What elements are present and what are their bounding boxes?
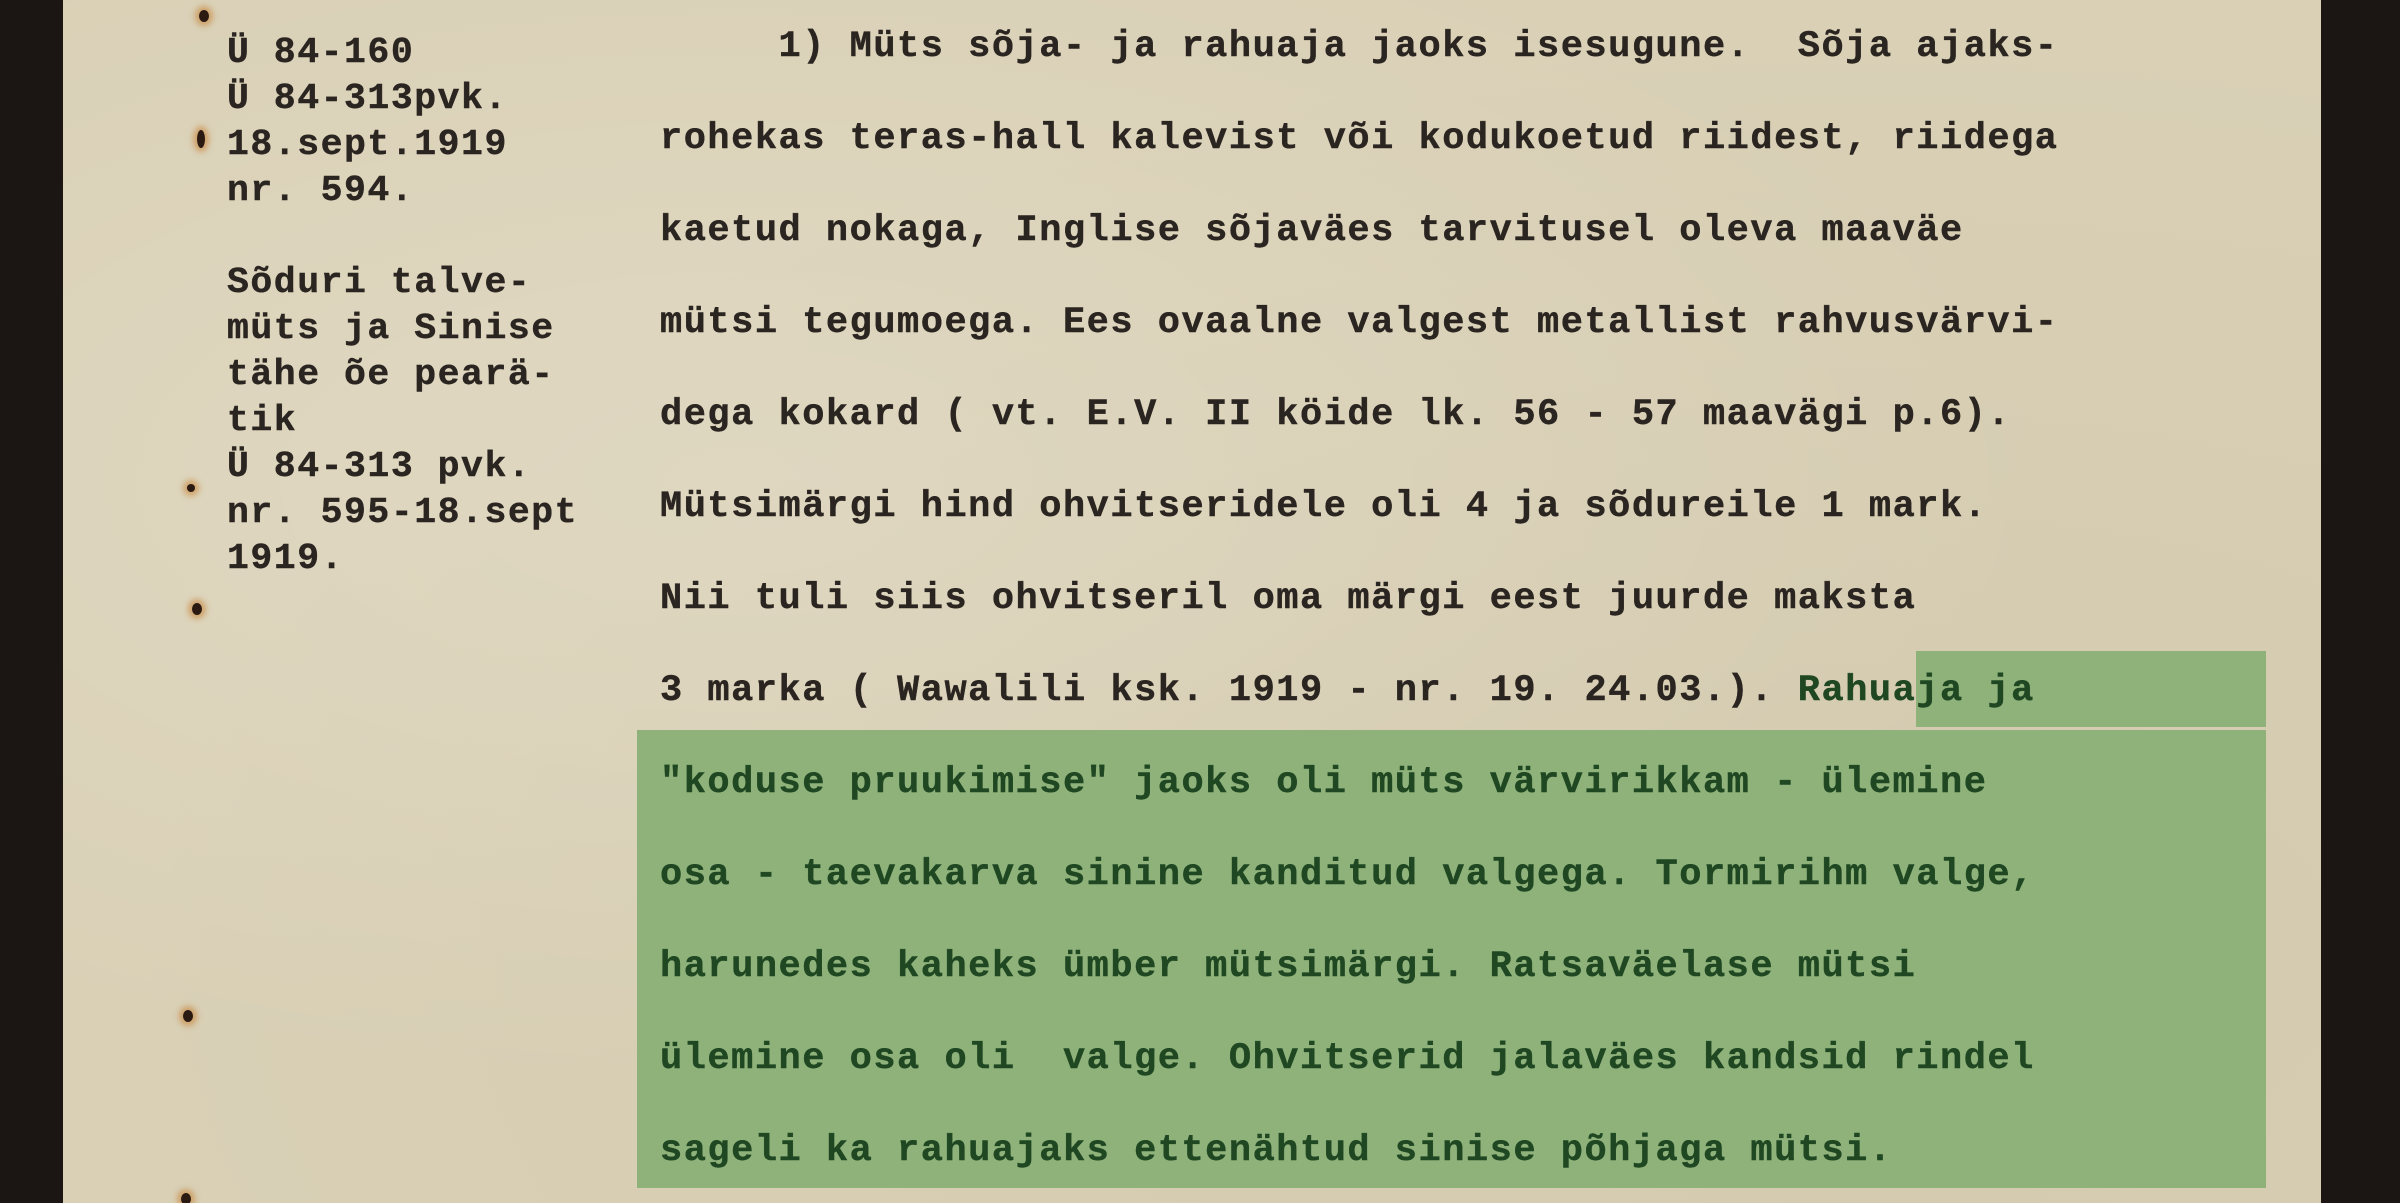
paper-page: Ü 84-160 Ü 84-313pvk. 18.sept.1919 nr. 5… <box>63 0 2321 1203</box>
margin-notes: Ü 84-160 Ü 84-313pvk. 18.sept.1919 nr. 5… <box>227 30 647 582</box>
margin-note-gap <box>227 214 647 260</box>
margin-note-line: 1919. <box>227 536 647 582</box>
body-line: mütsi tegumoega. Ees ovaalne valgest met… <box>660 293 2059 353</box>
rust-hole-icon <box>187 484 195 492</box>
body-line: dega kokard ( vt. E.V. II köide lk. 56 -… <box>660 385 2011 445</box>
body-line: rohekas teras-hall kalevist või kodukoet… <box>660 109 2059 169</box>
rust-hole-icon <box>199 10 209 22</box>
margin-note-line: tik <box>227 398 647 444</box>
body-line: kaetud nokaga, Inglise sõjaväes tarvitus… <box>660 201 1964 261</box>
margin-note-line: nr. 594. <box>227 168 647 214</box>
margin-note-line: 18.sept.1919 <box>227 122 647 168</box>
body-line-highlighted: Rahuaja ja <box>1774 670 2035 712</box>
rust-hole-icon <box>197 130 205 148</box>
rust-hole-icon <box>183 1010 193 1022</box>
body-line: Nii tuli siis ohvitseril oma märgi eest … <box>660 569 1916 629</box>
margin-note-line: Ü 84-313 pvk. <box>227 444 647 490</box>
margin-note-line: Sõduri talve- <box>227 260 647 306</box>
margin-note-line: tähe õe pearä- <box>227 352 647 398</box>
body-line-plain: 3 marka ( Wawalili ksk. 1919 - nr. 19. 2… <box>660 670 1774 712</box>
body-line-highlighted: ülemine osa oli valge. Ohvitserid jalavä… <box>660 1029 2035 1089</box>
body-line-highlighted: osa - taevakarva sinine kanditud valgega… <box>660 845 2035 905</box>
body-line: 3 marka ( Wawalili ksk. 1919 - nr. 19. 2… <box>660 661 2035 721</box>
document-scan: Ü 84-160 Ü 84-313pvk. 18.sept.1919 nr. 5… <box>0 0 2400 1203</box>
body-line-highlighted: harunedes kaheks ümber mütsimärgi. Ratsa… <box>660 937 1916 997</box>
margin-note-line: müts ja Sinise <box>227 306 647 352</box>
body-line: Mütsimärgi hind ohvitseridele oli 4 ja s… <box>660 477 1987 537</box>
margin-note-line: Ü 84-160 <box>227 30 647 76</box>
body-line: 1) Müts sõja- ja rahuaja jaoks isesugune… <box>660 17 2059 77</box>
body-line-highlighted: sageli ka rahuajaks ettenähtud sinise põ… <box>660 1121 1893 1181</box>
margin-note-line: Ü 84-313pvk. <box>227 76 647 122</box>
margin-note-line: nr. 595-18.sept <box>227 490 647 536</box>
rust-hole-icon <box>192 603 202 615</box>
body-line-highlighted: "koduse pruukimise" jaoks oli müts värvi… <box>660 753 1987 813</box>
rust-hole-icon <box>181 1193 191 1203</box>
